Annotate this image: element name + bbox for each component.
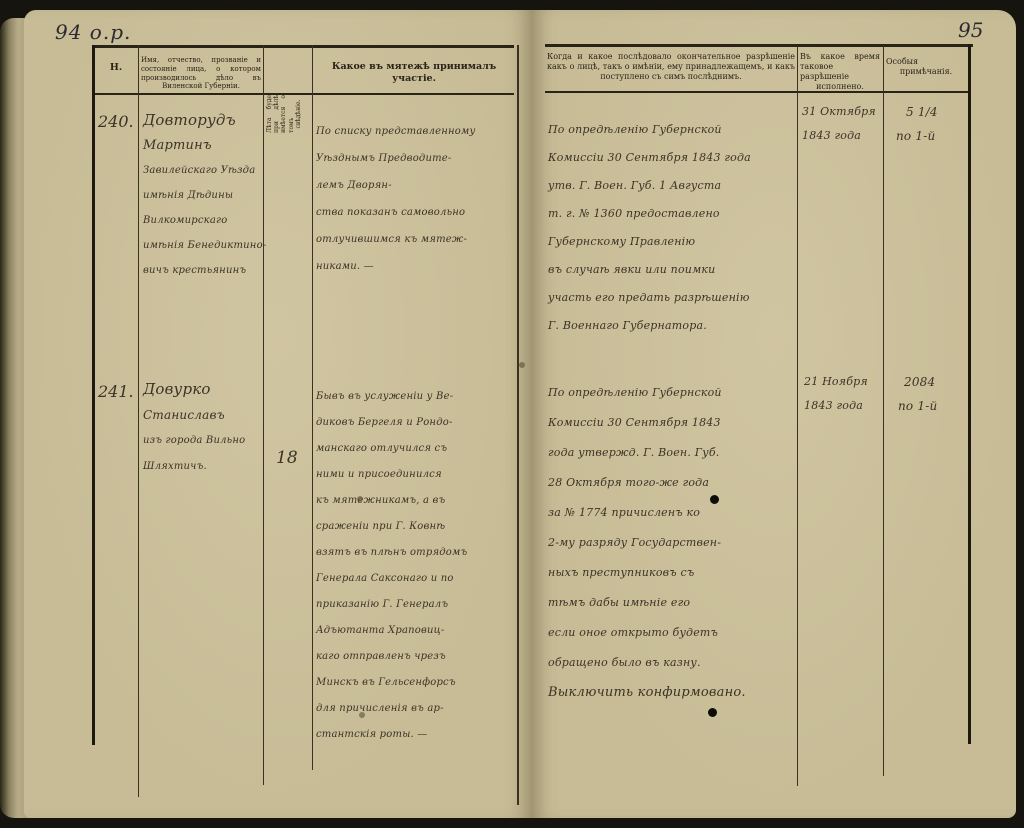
left-col-rule-4 (517, 45, 519, 805)
participation-line: Адъютанта Храповиц- (316, 618, 467, 644)
resolution-line: если оное открыто будетъ (548, 618, 746, 648)
right-header-top-rule (545, 44, 973, 47)
name-line: Довторудъ (143, 108, 266, 133)
right-col-rule-1 (797, 46, 798, 786)
paper-hole (710, 495, 719, 504)
name-line: Завилейскаго Уѣзда (143, 158, 266, 183)
participation-line: ними и присоединился (316, 462, 467, 488)
entry-participation-cell: По списку представленному Уѣзднымъ Предв… (316, 118, 476, 280)
resolution-line: ныхъ преступниковъ съ (548, 558, 746, 588)
header-resolution: Когда и какое послѣдовало окончательное … (547, 52, 795, 82)
name-line: Мартинъ (143, 133, 266, 158)
entry-resolution-cell: По опредѣленію Губернской Комиссіи 30 Се… (548, 378, 746, 708)
name-line: изъ города Вильно (143, 428, 245, 454)
participation-line: взятъ въ плѣнъ отрядомъ (316, 540, 467, 566)
entry-participation-cell: Бывъ въ услуженіи у Ве- диковъ Бергеля и… (316, 384, 467, 748)
resolution-line: По опредѣленію Губернской (548, 378, 746, 408)
header-participation: Какое въ мятежѣ принималъ участіе. (314, 61, 514, 85)
resolution-line: Комиссіи 30 Сентября 1843 года (548, 144, 751, 172)
participation-line: приказанію Г. Генералъ (316, 592, 467, 618)
resolution-line: Комиссіи 30 Сентября 1843 (548, 408, 746, 438)
entry-name-cell: Довурко Станиславъ изъ города Вильно Шля… (143, 376, 245, 480)
executed-line: 31 Октября (802, 100, 876, 124)
resolution-line: Губернскому Правленію (548, 228, 751, 256)
resolution-line: въ случаѣ явки или поимки (548, 256, 751, 284)
header-age: Лѣта буде при дѣлѣ имѣется о томъ свѣдѣн… (266, 95, 314, 133)
participation-line: лемъ Дворян- (316, 172, 476, 199)
entry-number: 240. (98, 112, 134, 131)
left-header-top-rule (92, 45, 514, 48)
name-line: Станиславъ (143, 402, 245, 428)
notes-line: 2084 (898, 370, 937, 394)
right-col-rule-2 (883, 46, 884, 776)
resolution-line: Выключить конфирмовано. (548, 678, 746, 708)
participation-line: Минскъ въ Гельсенфорсъ (316, 670, 467, 696)
participation-line: Бывъ въ услуженіи у Ве- (316, 384, 467, 410)
left-col-rule-3 (312, 45, 313, 770)
header-notes: Особыя примѣчанія. (886, 57, 966, 77)
header-number: Н. (95, 62, 137, 74)
entry-notes-cell: 2084 по 1-й (898, 370, 937, 418)
resolution-line: года утвержд. Г. Воен. Губ. (548, 438, 746, 468)
participation-line: Генерала Саксонаго и по (316, 566, 467, 592)
resolution-line: 28 Октября того-же года (548, 468, 746, 498)
name-line: вичъ крестьянинъ (143, 258, 266, 283)
entry-executed-cell: 31 Октября 1843 года (802, 100, 876, 148)
notes-line: по 1-й (896, 124, 938, 148)
participation-line: для причисленія въ ар- (316, 696, 467, 722)
participation-line: отлучившимся къ мятеж- (316, 226, 476, 253)
executed-line: 1843 года (804, 394, 868, 418)
right-header-bottom-rule (545, 91, 970, 93)
resolution-line: участь его предать разрѣшенію (548, 284, 751, 312)
entry-age: 18 (276, 448, 298, 468)
entry-notes-cell: 5 1/4 по 1-й (896, 100, 938, 148)
ledger-book-spread: 94 о.р. 95 Н. Имя, отчество, прозваніе и… (0, 0, 1024, 828)
participation-line: къ мятежникамъ, а въ (316, 488, 467, 514)
entry-resolution-cell: По опредѣленію Губернской Комиссіи 30 Се… (548, 116, 751, 340)
participation-line: ства показанъ самовольно (316, 199, 476, 226)
entry-name-cell: Довторудъ Мартинъ Завилейскаго Уѣзда имѣ… (143, 108, 266, 283)
participation-line: сраженіи при Г. Ковнѣ (316, 514, 467, 540)
paper-stain (519, 362, 525, 368)
executed-line: 1843 года (802, 124, 876, 148)
name-line: Вилкомирскаго (143, 208, 266, 233)
notes-line: по 1-й (898, 394, 937, 418)
name-line: Шляхтичъ. (143, 454, 245, 480)
name-line: Довурко (143, 376, 245, 402)
right-page-number: 95 (958, 18, 983, 42)
resolution-line: По опредѣленію Губернской (548, 116, 751, 144)
resolution-line: Г. Военнаго Губернатора. (548, 312, 751, 340)
participation-line: По списку представленному (316, 118, 476, 145)
left-outer-rule (92, 45, 95, 745)
participation-line: никами. — (316, 253, 476, 280)
resolution-line: утв. Г. Воен. Губ. 1 Августа (548, 172, 751, 200)
left-page-number: 94 о.р. (55, 20, 131, 44)
header-executed: Въ какое время таковое разрѣшеніе исполн… (800, 52, 880, 92)
name-line: имѣнія Бенедиктино- (143, 233, 266, 258)
left-col-rule-1 (138, 45, 139, 797)
participation-line: Уѣзднымъ Предводите- (316, 145, 476, 172)
notes-line: 5 1/4 (896, 100, 938, 124)
participation-line: стантскія роты. — (316, 722, 467, 748)
executed-line: 21 Ноября (804, 370, 868, 394)
header-name: Имя, отчество, прозваніе и состояніе лиц… (141, 56, 261, 91)
paper-stain (359, 712, 365, 718)
paper-hole (708, 708, 717, 717)
entry-executed-cell: 21 Ноября 1843 года (804, 370, 868, 418)
name-line: имѣнія Дѣдины (143, 183, 266, 208)
resolution-line: т. г. № 1360 предоставлено (548, 200, 751, 228)
right-outer-rule (968, 44, 971, 744)
participation-line: каго отправленъ чрезъ (316, 644, 467, 670)
paper-stain (357, 496, 363, 502)
entry-number: 241. (98, 382, 134, 401)
resolution-line: тѣмъ дабы имѣніе его (548, 588, 746, 618)
resolution-line: 2-му разряду Государствен- (548, 528, 746, 558)
participation-line: манскаго отлучился съ (316, 436, 467, 462)
resolution-line: обращено было въ казну. (548, 648, 746, 678)
participation-line: диковъ Бергеля и Рондо- (316, 410, 467, 436)
